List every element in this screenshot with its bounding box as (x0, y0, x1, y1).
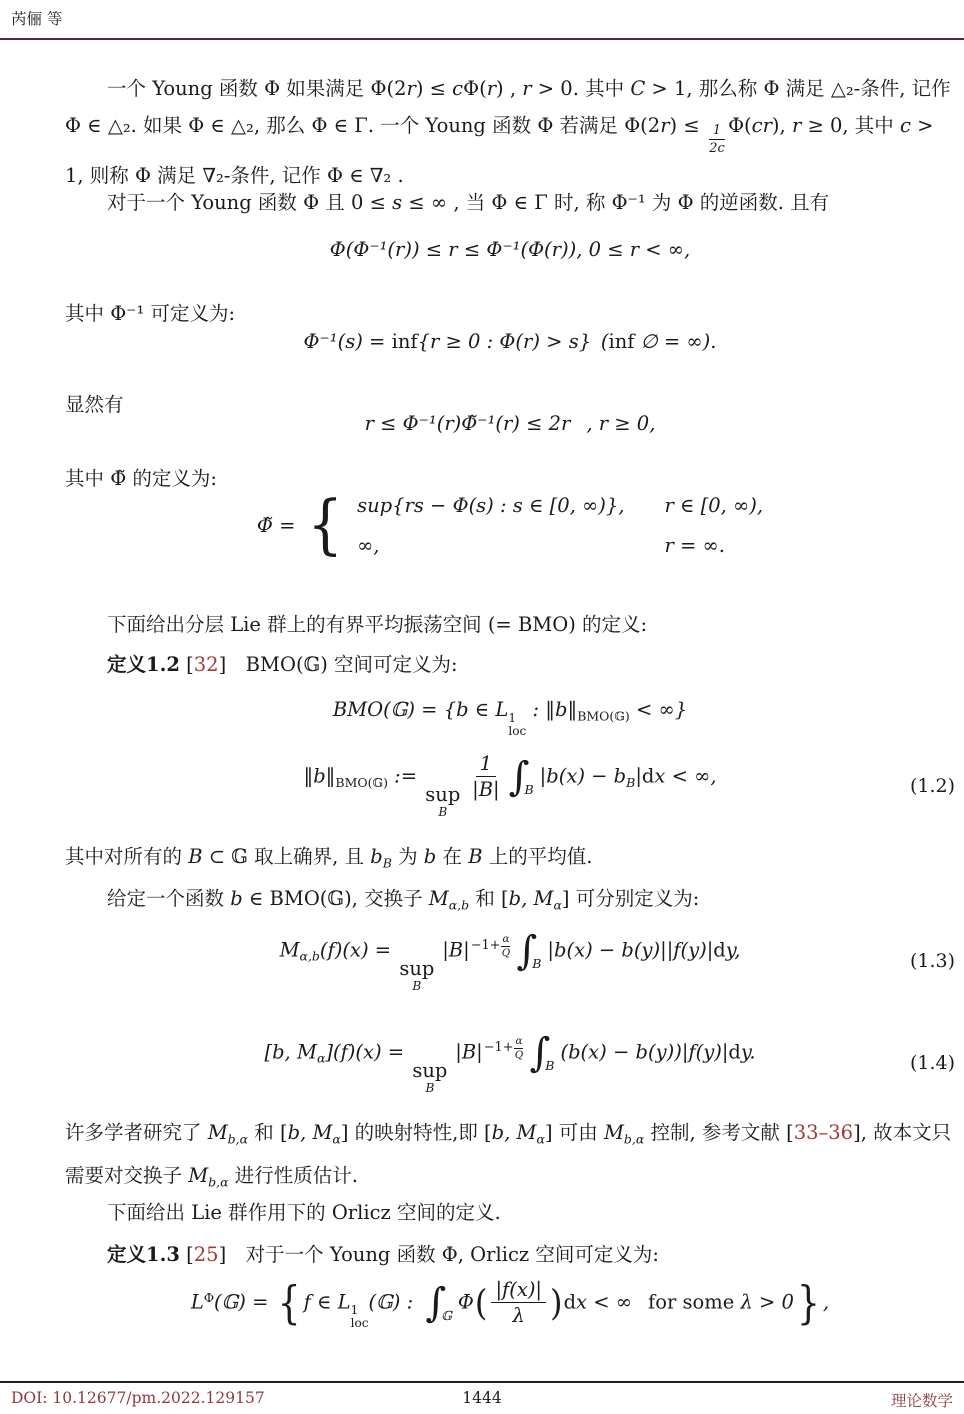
math-run: {r ≥ 0 : Φ(r) > s} ( (418, 330, 609, 353)
math-run: B (468, 845, 482, 868)
sup-sub-stack: 1loc (351, 1304, 369, 1330)
definition-1-3: 定义1.3 [25] 对于一个 Young 函数 Φ, Orlicz 空间可定义… (65, 1236, 955, 1273)
citation-link[interactable]: 33–36 (794, 1121, 853, 1144)
math-run: r ≤ Φ⁻¹(r)Φ̃⁻¹(r) ≤ 2r , r ≥ 0, (365, 412, 656, 435)
math-run: b (370, 845, 382, 868)
paragraph-phi-tilde-label: 其中 Φ̃ 的定义为: (65, 460, 955, 497)
text-run: for some (648, 1290, 740, 1313)
paragraph-inverse-intro: 对于一个 Young 函数 Φ 且 0 ≤ s ≤ ∞ , 当 Φ ∈ Γ 时,… (65, 184, 955, 221)
math-run: : ‖b‖ (526, 698, 577, 721)
equation-body: Φ(Φ⁻¹(r)) ≤ r ≤ Φ⁻¹(Φ(r)), 0 ≤ r < ∞, (65, 238, 955, 262)
text-run: 给定一个函数 (107, 887, 230, 910)
math-run: c (452, 77, 463, 100)
operator-with-limit: supB (425, 785, 460, 819)
paragraph-mapping-properties: 许多学者研究了 Mb,α 和 [b, Mα] 的映射特性,即 [b, Mα] 可… (65, 1114, 955, 1201)
math-run: BMO(𝔾) = {b ∈ L (333, 698, 509, 721)
fraction-numerator: 1 (709, 123, 725, 140)
bold-label: 定义1.2 (107, 653, 180, 676)
subscript: B (383, 855, 392, 870)
subscript: BMO(𝔾) (577, 708, 630, 723)
text-run: 一个 Young 函数 Φ 如果满足 Φ(2 (107, 77, 407, 100)
fraction-numerator: α (514, 1036, 523, 1049)
text-run: 上的平均值. (483, 845, 593, 868)
math-run: c (900, 114, 911, 137)
equation-body: BMO(𝔾) = {b ∈ L1loc : ‖b‖BMO(𝔾) < ∞} (65, 698, 955, 738)
equation-body: ‖b‖BMO(𝔾) := supB1|B|∫B|b(x) − bB|dx < ∞… (123, 752, 897, 819)
superscript: Φ (204, 1290, 214, 1305)
fraction-denominator: Q (502, 947, 510, 959)
integral-limit: 𝔾 (441, 1308, 452, 1324)
limit-subscript: B (412, 980, 421, 993)
equation-body: [b, Mα](f)(x) = supB|B|−1+αQ∫B(b(x) − b(… (123, 1032, 897, 1095)
left-brace: { (307, 497, 343, 555)
display-equation-1-3: Mα,b(f)(x) = supB|B|−1+αQ∫B|b(x) − b(y)|… (65, 930, 955, 993)
subscript: BMO(𝔾) (335, 775, 388, 790)
text-run: 和 [ (469, 887, 509, 910)
cases-cell: ∞, (357, 534, 379, 558)
display-equation-phi-tilde-cases: Φ̃ = { sup{rs − Φ(s) : s ∈ [0, ∞)}, r ∈ … (65, 494, 955, 559)
cases-cell: sup{rs − Φ(s) : s ∈ [0, ∞)}, (357, 494, 624, 518)
math-run: |b(x) − b(y)||f(y)| (547, 938, 713, 961)
math-run: := (388, 764, 423, 787)
exponent: −1+αQ (471, 934, 511, 959)
text-run: 对于一个 Young 函数 Φ 且 0 ≤ (107, 191, 392, 214)
text-run: ) ≤ (670, 114, 706, 137)
math-run: (𝔾) : (369, 1290, 420, 1313)
citation-link[interactable]: 25 (194, 1243, 219, 1266)
math-run: |b(x) − b (540, 764, 626, 787)
journal-name-link[interactable]: 理论数学 (891, 1389, 953, 1411)
fraction: 12c (709, 123, 725, 157)
text-run: 为 (392, 845, 424, 868)
math-run: f ∈ L (304, 1290, 351, 1313)
fraction: |f(x)|λ (491, 1278, 546, 1328)
math-run: Φ(Φ⁻¹(r)) ≤ r ≤ Φ⁻¹(Φ(r)), 0 ≤ r < ∞, (330, 238, 691, 261)
equation-body: Mα,b(f)(x) = supB|B|−1+αQ∫B|b(x) − b(y)|… (123, 930, 897, 993)
math-run: y, (726, 938, 741, 961)
operator: sup (425, 785, 460, 805)
display-equation-bmo-space: BMO(𝔾) = {b ∈ L1loc : ‖b‖BMO(𝔾) < ∞} (65, 698, 955, 738)
text-run: 其中对所有的 (65, 845, 188, 868)
text-run: 控制, 参考文献 [ (644, 1121, 793, 1144)
math-run: b, M (492, 1121, 537, 1144)
subscript: α,b (300, 949, 320, 964)
math-run: < ∞} (630, 698, 687, 721)
fraction-denominator: |B| (472, 777, 499, 801)
math-run: M (208, 1121, 228, 1144)
integral: ∫B (516, 930, 543, 972)
text-run: inf (392, 330, 418, 353)
math-run: |B| (442, 938, 469, 961)
cases-cell: r ∈ [0, ∞), (664, 494, 763, 518)
equation-body: Φ̃ = { sup{rs − Φ(s) : s ∈ [0, ∞)}, r ∈ … (65, 494, 955, 559)
operator: sup (399, 959, 434, 979)
big-delimiter: { (278, 1280, 301, 1325)
math-run: r (407, 77, 416, 100)
cases-grid: sup{rs − Φ(s) : s ∈ [0, ∞)}, r ∈ [0, ∞),… (357, 494, 763, 559)
text-run: ] 可分别定义为: (562, 887, 699, 910)
paragraph-commutators-intro: 给定一个函数 b ∈ BMO(𝔾), 交换子 Mα,b 和 [b, Mα] 可分… (65, 880, 955, 923)
text-run: ∈ BMO(𝔾), 交换子 (243, 887, 429, 910)
limit-subscript: B (425, 1082, 434, 1095)
math-run: b (424, 845, 436, 868)
bold-label: 定义1.3 (107, 1243, 180, 1266)
cases-construct: Φ̃ = { sup{rs − Φ(s) : s ∈ [0, ∞)}, r ∈ … (257, 494, 763, 559)
math-run: C (630, 77, 645, 100)
math-run: M (280, 938, 300, 961)
math-run: (b(x) − b(y))|f(y)| (560, 1040, 728, 1063)
paragraph-young-delta2-nabla2: 一个 Young 函数 Φ 如果满足 Φ(2r) ≤ cΦ(r) , r > 0… (65, 70, 955, 194)
display-equation-orlicz-space: LΦ(𝔾) = {f ∈ L1loc(𝔾) : ∫𝔾Φ(|f(x)|λ)dx <… (65, 1278, 955, 1331)
text-run: d (564, 1290, 576, 1313)
text-run: ), (772, 114, 792, 137)
text-run: ] 可由 (545, 1121, 604, 1144)
fraction-denominator: Q (515, 1049, 523, 1061)
fraction-numerator: |f(x)| (491, 1278, 546, 1303)
math-run: ∅ = ∞). (634, 330, 716, 353)
equation-body: r ≤ Φ⁻¹(r)Φ̃⁻¹(r) ≤ 2r , r ≥ 0, (65, 412, 955, 436)
display-equation-double-inverse: r ≤ Φ⁻¹(r)Φ̃⁻¹(r) ≤ 2r , r ≥ 0, (65, 412, 955, 436)
integral: ∫B (509, 756, 536, 798)
math-run: , (823, 1290, 829, 1313)
subscript: loc (351, 1317, 369, 1330)
fraction-numerator: α (501, 934, 510, 947)
page: 芮俪 等 一个 Young 函数 Φ 如果满足 Φ(2r) ≤ cΦ(r) , … (0, 0, 964, 1414)
big-delimiter: ) (550, 1285, 563, 1320)
paragraph-orlicz-intro: 下面给出 Lie 群作用下的 Orlicz 空间的定义. (65, 1194, 955, 1231)
fraction-denominator: 2c (709, 140, 724, 156)
text-run: d (642, 764, 654, 787)
page-number: 1444 (462, 1389, 501, 1407)
running-head-author: 芮俪 等 (11, 7, 62, 29)
footer-rule (0, 1381, 964, 1383)
text-run: [ (180, 653, 194, 676)
sup-sub-stack: 1loc (508, 712, 526, 738)
text-run: d (728, 1040, 740, 1063)
math-run: b (230, 887, 242, 910)
subscript: α (554, 897, 562, 912)
math-run: r (487, 77, 496, 100)
math-run: Φ⁻¹(s) = (304, 330, 392, 353)
definition-1-2: 定义1.2 [32] BMO(𝔾) 空间可定义为: (65, 646, 955, 683)
text-run: ≥ 0, 其中 (801, 114, 900, 137)
math-run: x < ∞ (576, 1290, 648, 1313)
integral: ∫𝔾 (425, 1282, 454, 1324)
equation-number: (1.2) (897, 775, 955, 797)
math-run: [b, M (264, 1040, 316, 1063)
math-run: x < ∞, (654, 764, 716, 787)
text-run: ≤ ∞ , 当 Φ ∈ Γ 时, 称 Φ⁻¹ 为 Φ 的逆函数. 且有 (402, 191, 829, 214)
equation-body: Φ⁻¹(s) = inf{r ≥ 0 : Φ(r) > s} (inf ∅ = … (65, 330, 955, 354)
fraction-numerator: 1 (476, 752, 496, 777)
math-run: b, M (509, 887, 554, 910)
paragraph-supremum-note: 其中对所有的 B ⊂ 𝔾 取上确界, 且 bB 为 b 在 B 上的平均值. (65, 838, 955, 881)
citation-link[interactable]: 32 (194, 653, 219, 676)
subscript: α (332, 1131, 340, 1146)
equation-number: (1.3) (897, 950, 955, 972)
big-delimiter: } (797, 1280, 820, 1325)
text-run: ] 的映射特性,即 [ (341, 1121, 492, 1144)
math-run: L (191, 1290, 204, 1313)
text-run: ] BMO(𝔾) 空间可定义为: (219, 653, 458, 676)
paragraph-inverse-def-label: 其中 Φ⁻¹ 可定义为: (65, 295, 955, 332)
text-run: inf (608, 330, 634, 353)
integral-limit: B (524, 782, 533, 798)
math-run: M (604, 1121, 624, 1144)
text-run: ) , (496, 77, 522, 100)
math-run: cr (752, 114, 772, 137)
limit-subscript: B (438, 806, 447, 819)
integral-limit: B (532, 956, 541, 972)
math-run: (f)(x) = (320, 938, 397, 961)
cases-cell: r = ∞. (664, 534, 725, 558)
exponent-text: −1+ (471, 938, 501, 954)
exponent-fraction: αQ (514, 1036, 523, 1061)
text-run: 许多学者研究了 (65, 1121, 208, 1144)
display-equation-inverse-definition: Φ⁻¹(s) = inf{r ≥ 0 : Φ(r) > s} (inf ∅ = … (65, 330, 955, 354)
subscript: α,b (449, 897, 469, 912)
math-run: s (392, 191, 402, 214)
operator-with-limit: supB (399, 959, 434, 993)
math-run: (𝔾) = (214, 1290, 275, 1313)
subscript: α (537, 1131, 545, 1146)
fraction: 1|B| (472, 752, 499, 802)
math-run: r (660, 114, 669, 137)
text-run: 和 [ (248, 1121, 288, 1144)
integral: ∫B (529, 1032, 556, 1074)
display-equation-1-4: [b, Mα](f)(x) = supB|B|−1+αQ∫B(b(x) − b(… (65, 1032, 955, 1095)
math-run: Φ (458, 1290, 474, 1313)
display-equation-bmo-norm: ‖b‖BMO(𝔾) := supB1|B|∫B|b(x) − bB|dx < ∞… (65, 752, 955, 819)
integral-limit: B (545, 1058, 554, 1074)
equation-number: (1.4) (897, 1052, 955, 1074)
display-equation-inverse-bounds: Φ(Φ⁻¹(r)) ≤ r ≤ Φ⁻¹(Φ(r)), 0 ≤ r < ∞, (65, 238, 955, 262)
text-run: [ (180, 1243, 194, 1266)
subscript: b,α (624, 1131, 644, 1146)
text-run: > 0. 其中 (532, 77, 631, 100)
math-run: M (429, 887, 449, 910)
math-run: r (522, 77, 531, 100)
doi-link[interactable]: DOI: 10.12677/pm.2022.129157 (11, 1389, 265, 1407)
operator-with-limit: supB (412, 1061, 447, 1095)
math-run: λ > 0 (740, 1290, 794, 1313)
header-rule (0, 38, 964, 40)
math-run: r (792, 114, 801, 137)
math-run: b, M (288, 1121, 333, 1144)
exponent-text: −1+ (484, 1040, 514, 1056)
subscript: b,α (228, 1131, 248, 1146)
subscript: B (626, 775, 635, 790)
math-run: ‖b‖ (303, 764, 335, 787)
math-run: M (188, 1164, 208, 1187)
operator: sup (412, 1061, 447, 1081)
text-run: 进行性质估计. (229, 1164, 358, 1187)
math-run: B (188, 845, 202, 868)
big-delimiter: ( (475, 1285, 488, 1320)
text-run: ⊂ 𝔾 取上确界, 且 (203, 845, 371, 868)
equation-body: LΦ(𝔾) = {f ∈ L1loc(𝔾) : ∫𝔾Φ(|f(x)|λ)dx <… (65, 1278, 955, 1331)
cases-lhs: Φ̃ = (257, 514, 296, 538)
text-run: d (713, 938, 725, 961)
text-run: Φ( (463, 77, 487, 100)
subscript: b,α (208, 1175, 228, 1190)
math-run: y. (741, 1040, 756, 1063)
text-run: Φ( (728, 114, 752, 137)
math-run: | (635, 764, 642, 787)
text-run: ) ≤ (416, 77, 452, 100)
footer: DOI: 10.12677/pm.2022.129157 1444 理论数学 (11, 1389, 953, 1407)
math-run: ](f)(x) = (325, 1040, 410, 1063)
paragraph-bmo-intro: 下面给出分层 Lie 群上的有界平均振荡空间 (= BMO) 的定义: (65, 606, 955, 643)
fraction-denominator: λ (513, 1303, 525, 1327)
exponent: −1+αQ (484, 1036, 524, 1061)
math-run: |B| (455, 1040, 482, 1063)
subscript: loc (508, 725, 526, 738)
exponent-fraction: αQ (501, 934, 510, 959)
text-run: ] 对于一个 Young 函数 Φ, Orlicz 空间可定义为: (219, 1243, 659, 1266)
text-run: 在 (436, 845, 468, 868)
